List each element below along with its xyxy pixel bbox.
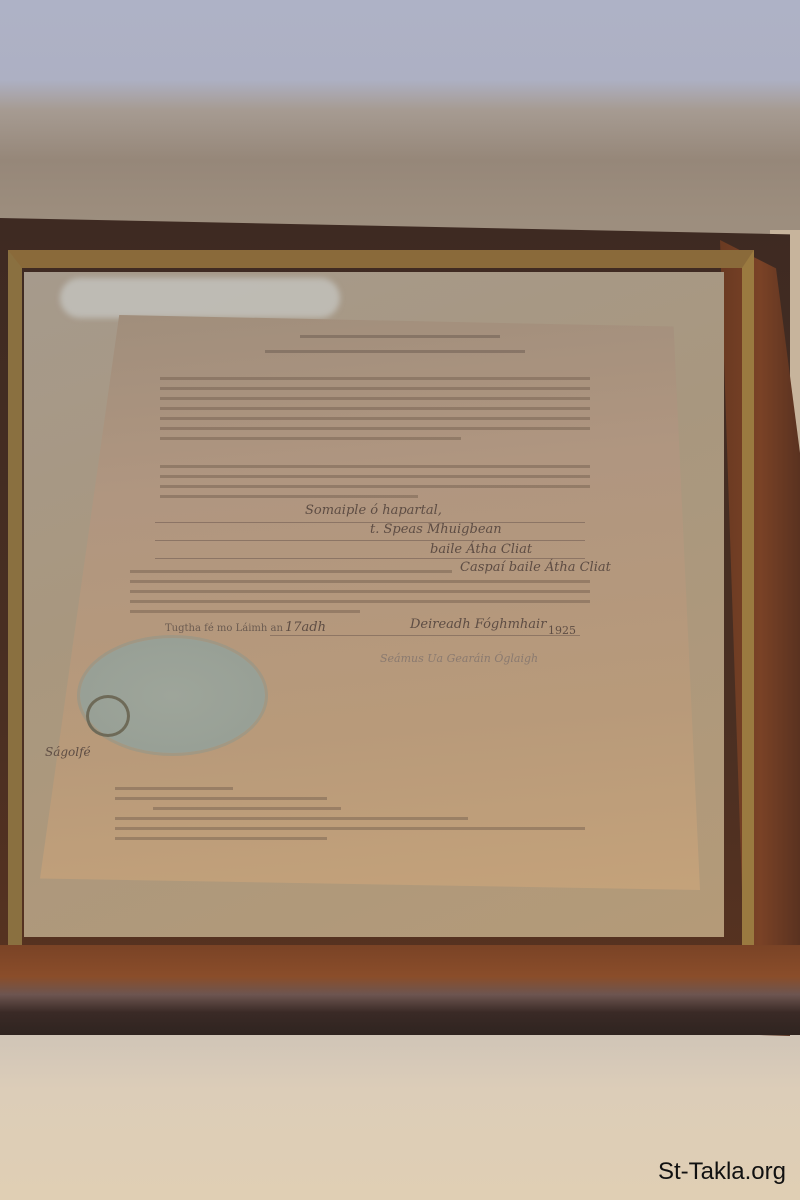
handwritten-month: Deireadh Fóghmhair	[410, 617, 546, 632]
date-prefix: Tugtha fé mo Láimh an	[165, 623, 283, 634]
handwritten-city: baile Átha Cliat	[430, 542, 532, 557]
handwritten-name: Somaiple ó hapartal,	[305, 503, 442, 518]
certificate-heading	[300, 335, 500, 338]
printed-paragraph-2	[160, 458, 590, 505]
appointment-block	[115, 780, 585, 847]
year: 1925	[548, 624, 576, 637]
printed-paragraph-1	[160, 370, 590, 447]
handwritten-initials: Ságolfé	[45, 745, 91, 759]
handwritten-day: 17adh	[285, 620, 326, 635]
watermark: St-Takla.org	[658, 1158, 786, 1186]
signature-caption: Seámus Ua Gearáin Óglaigh	[380, 652, 538, 665]
printed-paragraph-3	[130, 563, 590, 620]
frame-bottom-edge	[0, 945, 800, 1035]
handwritten-address: t. Speas Mhuigbean	[370, 522, 502, 537]
seal-ring-stain	[86, 695, 130, 737]
glass-glare	[60, 278, 340, 318]
certificate-subheading	[265, 350, 525, 353]
